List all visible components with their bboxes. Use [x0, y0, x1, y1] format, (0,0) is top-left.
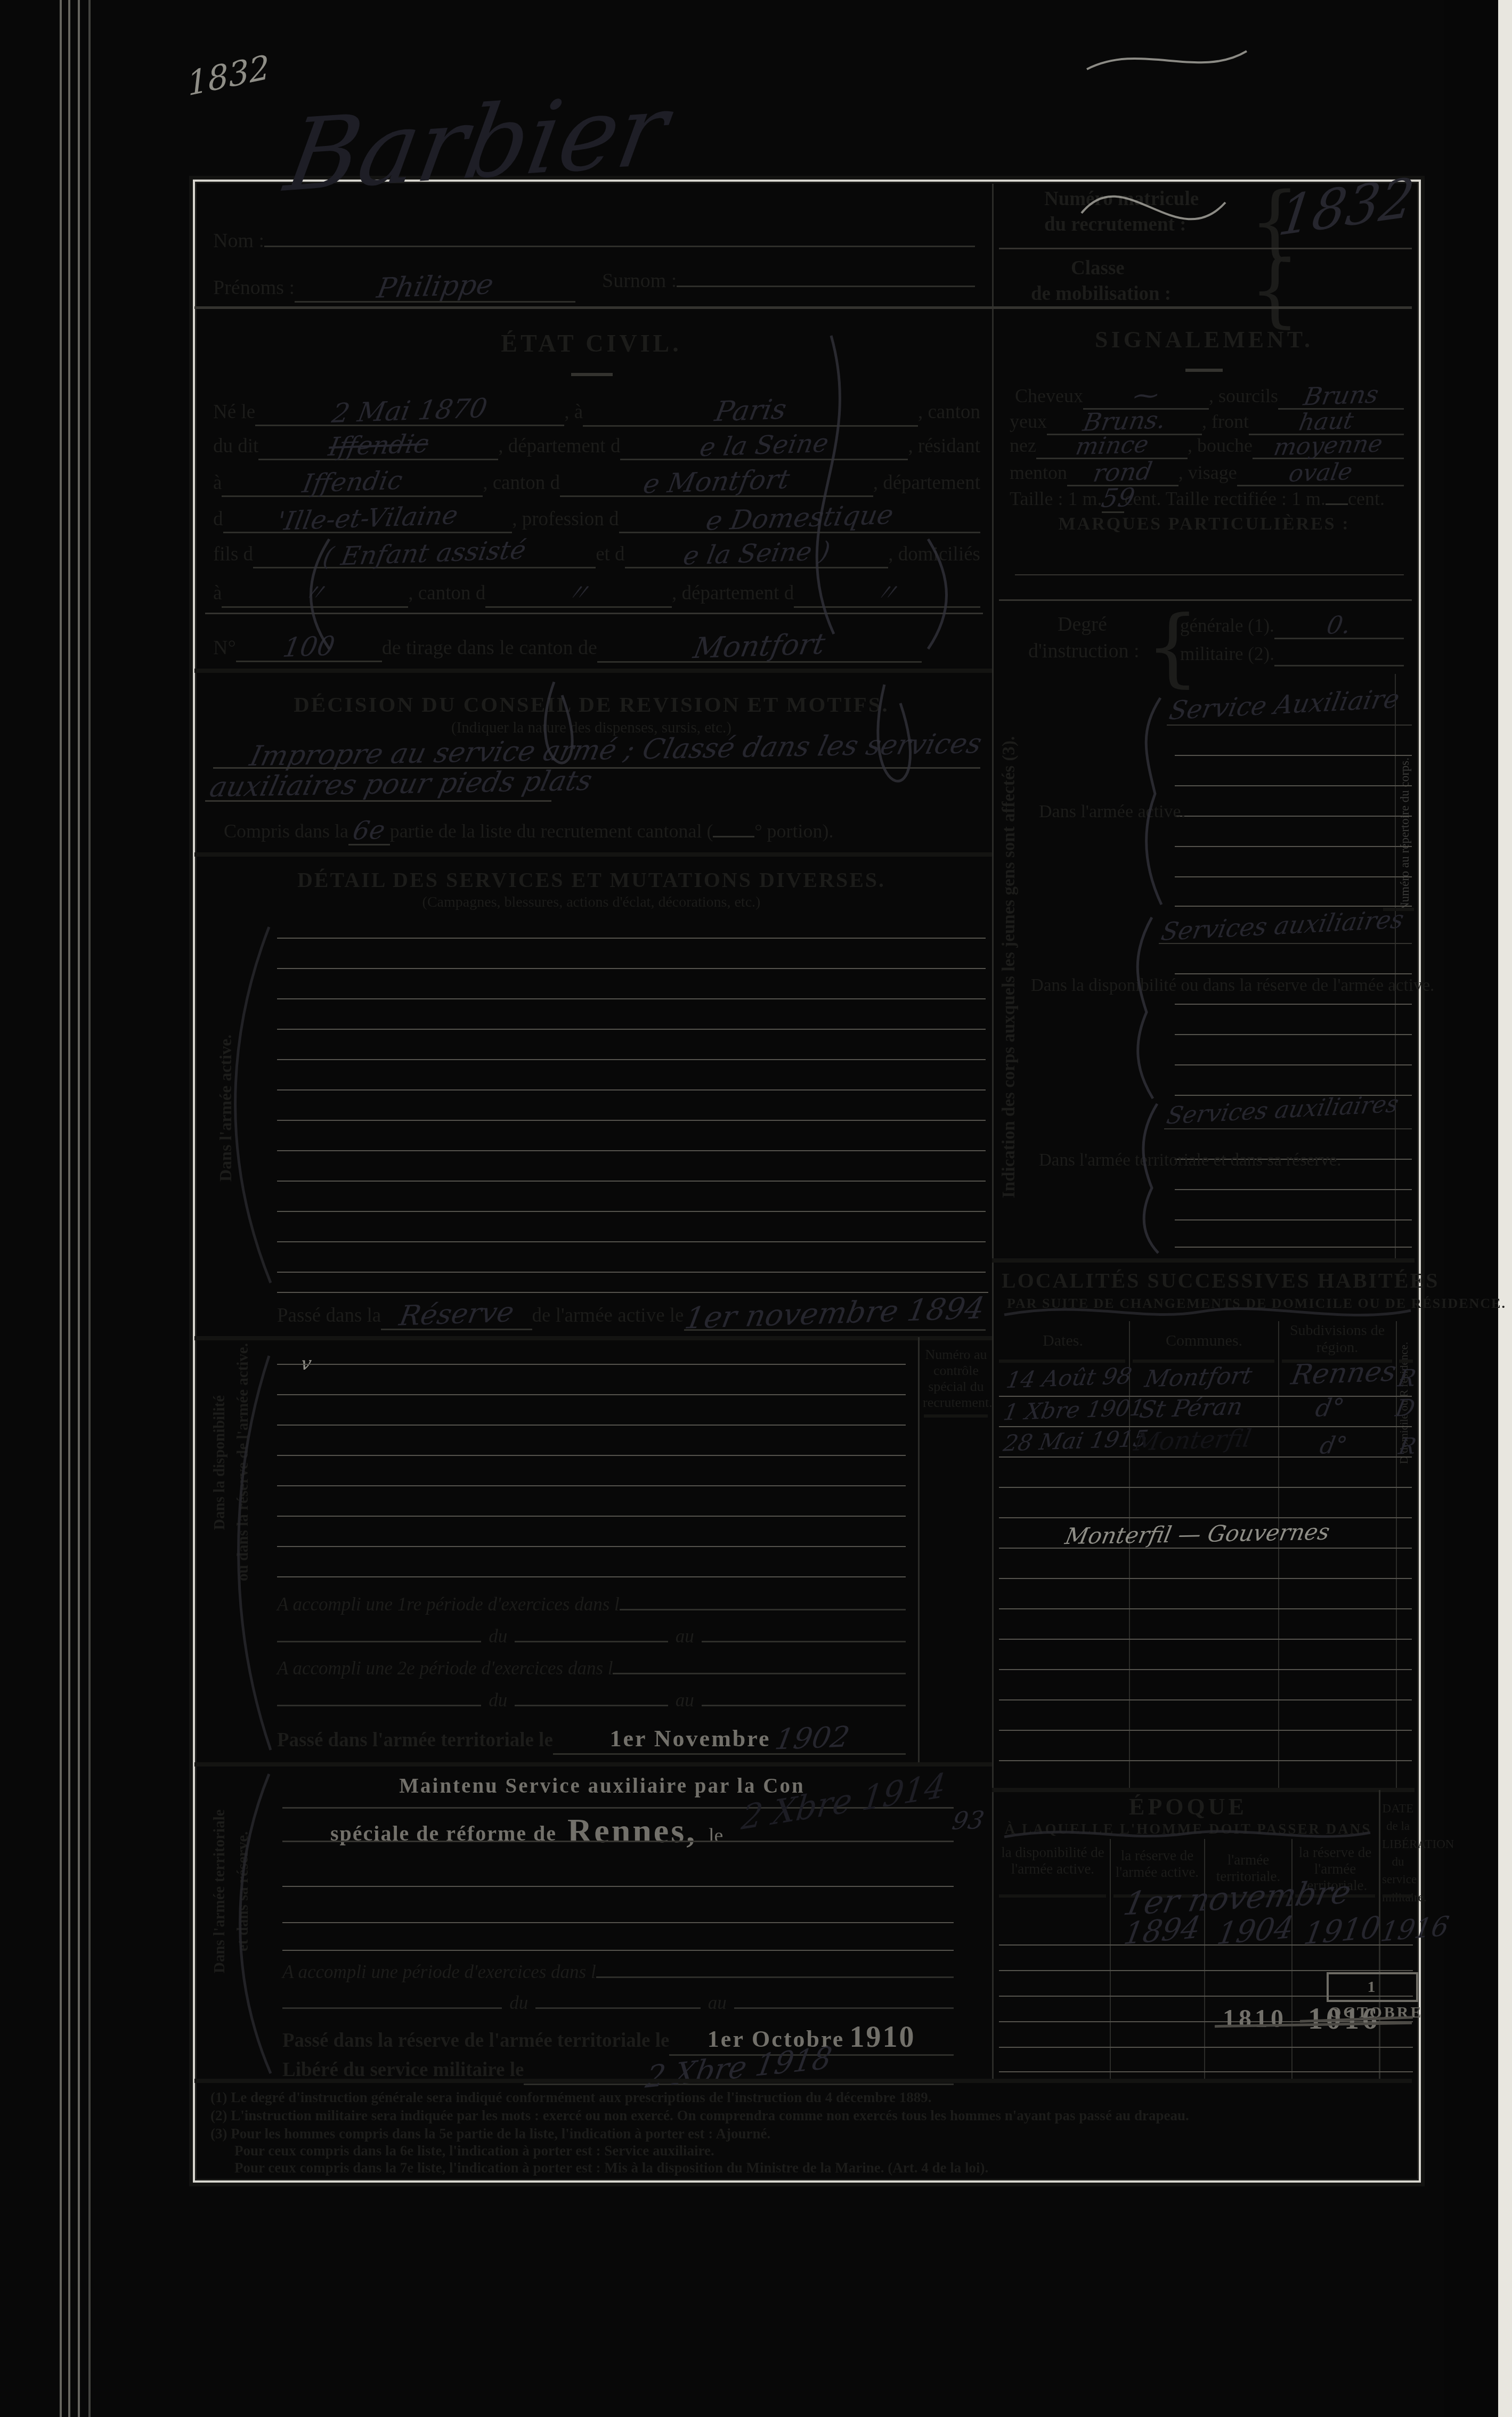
generale-value: 0. [1325, 610, 1354, 639]
rule [992, 1788, 1415, 1792]
passe-territoriale-row: Passé dans l'armée territoriale le 1er N… [277, 1720, 906, 1755]
rule [1159, 943, 1412, 944]
parents-row: fils d ( Enfant assisté et d e la Seine … [213, 537, 980, 568]
residant-label: , résidant [908, 435, 980, 458]
tirage-numero: 100 [280, 630, 337, 663]
passe-reserve-label1: Passé dans la [277, 1304, 381, 1327]
canton-label: , canton [918, 401, 980, 424]
rule [999, 1487, 1412, 1488]
rule [277, 968, 986, 969]
rule [205, 800, 551, 802]
compris-partie: 6e [351, 815, 387, 846]
rule [1015, 574, 1404, 575]
taille-rectifiee-label: cent. Taille rectifiée : 1 m. [1124, 487, 1326, 510]
au-label: au [668, 1690, 702, 1711]
canton-residence: e Montfort [641, 463, 792, 499]
ne-le-label: Né le [213, 401, 255, 424]
menton-label: menton [1010, 461, 1067, 484]
rule [1175, 1219, 1412, 1220]
footnote-4: Pour ceux compris dans la 6e liste, l'in… [234, 2143, 714, 2159]
nez-label: nez [1010, 434, 1036, 457]
yeux-label: yeux [1010, 410, 1047, 433]
rule [1175, 876, 1412, 877]
rule [1175, 816, 1412, 817]
rule [282, 1841, 954, 1842]
rule [277, 1516, 906, 1517]
localites-subtitle: PAR SUITE DE CHANGEMENTS DE DOMICILE OU … [1007, 1296, 1401, 1312]
page-stack-edge [88, 0, 91, 2417]
rule [277, 1029, 986, 1030]
bouche-label: , bouche [1188, 434, 1253, 457]
rule [999, 248, 1412, 249]
line [277, 1641, 481, 1642]
nom-label: Nom : [213, 229, 264, 253]
adjacent-page-sliver [1498, 0, 1512, 2417]
rule [1175, 973, 1412, 974]
rule [277, 1150, 986, 1151]
epoque-divider1 [1110, 1839, 1111, 2079]
disponibilite-side-label2: ou dans la réserve de l'armée active. [234, 1340, 252, 1585]
footnote-3: (3) Pour les hommes compris dans la 5e p… [210, 2126, 770, 2142]
residence-row: à Iffendic , canton d e Montfort , dépar… [213, 465, 980, 497]
rule [194, 2079, 1412, 2083]
localites-row-date: 14 Août 98 [1004, 1363, 1134, 1393]
compris-label3: ° portion). [754, 820, 833, 842]
epoque-val4: 1910 [1301, 1910, 1383, 1952]
marge-note: 93 [950, 1805, 987, 1835]
accompli2-row: A accompli une 2e période d'exercices da… [277, 1658, 906, 1679]
canton-d2-label: , canton d [408, 582, 485, 605]
tirage-texte: de tirage dans le canton de [382, 636, 597, 660]
reforme-ville-stamp: Rennes, [567, 1811, 697, 1851]
stamp-raye1: 1810 [1223, 2004, 1287, 2033]
rule [1383, 1894, 1413, 1898]
rule [992, 1258, 1415, 1263]
rule [999, 1669, 1412, 1670]
au-label: au [701, 1992, 734, 2014]
rule [999, 2071, 1413, 2072]
surnom-line [677, 286, 975, 287]
line [734, 2007, 954, 2009]
date-naissance: 2 Mai 1870 [330, 393, 490, 429]
accompli1-row: A accompli une 1re période d'exercices d… [277, 1594, 906, 1615]
departement-d2-label: , département d [672, 582, 794, 605]
accompli2-dates-row: du au [277, 1690, 906, 1711]
rule [213, 767, 980, 769]
surnom-label: Surnom : [602, 269, 677, 292]
signalement-title: SIGNALEMENT. [1060, 326, 1348, 353]
passe-territoriale-label: Passé dans l'armée territoriale le [277, 1729, 553, 1752]
marques-label: MARQUES PARTICULIÈRES : [1039, 514, 1369, 534]
taille-label: Taille : 1 m. [1010, 487, 1102, 510]
ditto2: 〃 [564, 573, 594, 608]
localites-pencil-note: Monterfil — Gouvernes [1063, 1519, 1332, 1550]
rule [1175, 755, 1412, 756]
accompli1-label: A accompli une 1re période d'exercices d… [277, 1594, 620, 1615]
rule [924, 1414, 988, 1418]
domicile-row: à 〃 , canton d 〃 , département d 〃 [213, 572, 980, 608]
corps-side-label: Indication des corps auxquels les jeunes… [999, 679, 1019, 1255]
mere-value: e la Seine ) [681, 536, 833, 571]
rule [999, 1730, 1412, 1731]
rule [277, 1089, 986, 1091]
localites-row-commune: St Péran [1137, 1393, 1245, 1424]
localites-row-date: 1 Xbre 1901 [1002, 1394, 1147, 1425]
localites-col-communes: Communes. [1132, 1332, 1276, 1350]
rule [571, 373, 613, 376]
rule [1175, 785, 1412, 786]
rule [282, 1886, 954, 1887]
rule [1175, 1034, 1412, 1035]
compris-label2: partie de la liste du recrutement canton… [390, 820, 713, 842]
epoque-val-date: 1916 [1378, 1910, 1451, 1948]
localites-title: LOCALITÉS SUCCESSIVES HABITÉES [1002, 1268, 1407, 1293]
territoriale-accompli-row: A accompli une période d'exercices dans … [282, 1962, 954, 1983]
canton-d-label: , canton d [483, 471, 560, 494]
rule [1167, 725, 1412, 726]
line [515, 1641, 668, 1642]
passe-territoriale-stamp: 1er Novembre [610, 1726, 771, 1752]
taille-value: 59 [1099, 483, 1137, 514]
rule [999, 1894, 1106, 1898]
rule [277, 1546, 906, 1547]
main-divider [992, 184, 994, 2079]
corps-group1-label: Dans l'armée active. [1039, 802, 1169, 822]
tirage-row: N° 100 de tirage dans le canton de Montf… [213, 628, 922, 663]
fils-label: fils d [213, 543, 253, 566]
departement-label: , département d [498, 435, 620, 458]
localites-col-dates: Dates. [999, 1332, 1127, 1350]
instruction-militaire-row: militaire (2). [1180, 644, 1404, 666]
rule [277, 1576, 906, 1577]
territoriale-side-label2: et dans sa réserve. [234, 1790, 252, 1992]
rule [277, 1241, 986, 1242]
departement2-label: , département [873, 471, 980, 494]
du-label: du [481, 1690, 515, 1711]
territoriale-dates-row: du au [282, 1992, 954, 2014]
epoque-val3: 1904 [1214, 1910, 1296, 1952]
repertoire-label: Numéro au répertoire du corps. [1398, 687, 1412, 911]
surnom-row: Surnom : [602, 269, 975, 292]
localites-col-subdivisions: Subdivisions de région. [1284, 1322, 1391, 1356]
line [702, 1705, 906, 1706]
rule [999, 1360, 1125, 1363]
territoriale-accompli-label: A accompli une période d'exercices dans … [282, 1962, 596, 1983]
rule [194, 1336, 992, 1340]
dept-residence: 'Ille-et-Vilaine [275, 500, 460, 536]
compris-row: Compris dans la 6e partie de la liste du… [224, 814, 916, 845]
rule [277, 1425, 906, 1426]
pere-value: ( Enfant assisté [321, 535, 529, 572]
portion-line [713, 836, 754, 837]
front-label: , front [1202, 410, 1249, 433]
accompli1-line [620, 1609, 906, 1610]
services-side-label: Dans l'armée active. [216, 954, 235, 1263]
passe-reserve-label2: de l'armée active le [532, 1304, 684, 1327]
lieu-naissance: Paris [712, 394, 788, 428]
accompli1-dates-row: du au [277, 1626, 906, 1647]
epoque-title: ÉPOQUE [1060, 1793, 1316, 1820]
rule [1164, 1128, 1412, 1129]
rule [194, 1762, 992, 1767]
localites-row-subdivision: Rennes [1289, 1356, 1399, 1391]
cent-label: cent. [1348, 487, 1385, 510]
taille-rectifiee-line [1326, 503, 1348, 505]
tirage-canton: Montfort [691, 627, 828, 665]
matricule-label2: du recrutement : [1044, 213, 1186, 236]
territoriale-side-label1: Dans l'armée territoriale [211, 1774, 229, 2008]
rule [282, 1950, 954, 1951]
canton-raye: Iffendic [326, 429, 430, 462]
rule [277, 1485, 906, 1486]
rule [277, 1364, 906, 1365]
octobre-stamp-box: 1 OCTOBRE [1327, 1972, 1418, 2002]
epoque-divider2 [1204, 1839, 1205, 2079]
rule [277, 1211, 986, 1212]
ditto3: 〃 [872, 573, 902, 608]
services-title: DÉTAIL DES SERVICES ET MUTATIONS DIVERSE… [277, 867, 906, 892]
rule [277, 1181, 986, 1182]
accompli2-line [613, 1673, 906, 1674]
services-subtitle: (Campagnes, blessures, actions d'éclat, … [320, 894, 863, 911]
accompli2-label: A accompli une 2e période d'exercices da… [277, 1658, 613, 1679]
matricule-label: Numéro matricule [1044, 188, 1199, 210]
line [702, 1641, 906, 1642]
libere-label: Libéré du service militaire le [282, 2058, 524, 2081]
rule [277, 1272, 986, 1273]
footnote-5: Pour ceux compris dans la 7e liste, l'in… [234, 2160, 988, 2176]
a-label: , à [564, 401, 583, 424]
rule [282, 1922, 954, 1923]
page-stack-edge [60, 0, 62, 2417]
profession-label: , profession d [512, 508, 619, 531]
epoque-col-date: DATE de la LIBÉRATION du service militai… [1382, 1800, 1414, 1906]
visage-label: , visage [1178, 461, 1237, 484]
militaire-label: militaire (2). [1180, 644, 1274, 665]
rule [999, 2047, 1413, 2048]
passe-reserve-hw2: 1er novembre 1894 [682, 1291, 987, 1336]
rule [277, 938, 986, 939]
line [515, 1705, 668, 1706]
a3-label: à [213, 582, 222, 605]
epoque-col1: la disponibilité de l'armée active. [999, 1844, 1106, 1877]
localites-row-commune: Monterfil [1132, 1423, 1254, 1456]
localites-row-date: 28 Mai 1915 [1002, 1425, 1150, 1456]
rule [205, 613, 983, 614]
corps-group2-label: Dans la disponibilité ou dans la réserve… [1031, 976, 1169, 996]
rule [999, 1548, 1412, 1549]
rule [999, 1578, 1412, 1579]
rule [999, 1608, 1412, 1609]
corps-group3-label: Dans l'armée territoriale et dans sa rés… [1039, 1151, 1169, 1170]
rule [277, 1292, 988, 1293]
passe-reserve-row: Passé dans la Réserve de l'armée active … [277, 1295, 986, 1331]
rule [277, 998, 986, 999]
generale-label: générale (1). [1180, 615, 1274, 637]
line [277, 1705, 481, 1706]
footnote-1: (1) Le degré d'instruction générale sera… [210, 2089, 931, 2106]
nez-row: nez mince , bouche moyenne [1010, 430, 1404, 459]
decision-ligne2: auxiliaires pour pieds plats [207, 765, 595, 804]
du-label: du [481, 1626, 515, 1647]
au-label: au [668, 1626, 702, 1647]
rule [277, 1394, 906, 1395]
dept-naissance: e la Seine [697, 428, 831, 462]
degre-label: Degré [1058, 613, 1107, 636]
rule [194, 852, 992, 857]
le-label: le [709, 1824, 723, 1848]
du-label: du [502, 1992, 535, 2014]
rule [1185, 369, 1223, 372]
rule [1175, 1247, 1412, 1248]
localites-divider1 [1129, 1321, 1130, 1789]
degre-label2: d'instruction : [1028, 639, 1139, 663]
nom-line [264, 246, 975, 247]
rule [999, 1456, 1412, 1458]
rule [1399, 1360, 1413, 1363]
localites-row-commune: Montfort [1143, 1362, 1254, 1393]
rule [999, 1760, 1412, 1761]
cheveux-label: Cheveux [1015, 385, 1083, 407]
a2-label: à [213, 471, 222, 494]
instruction-generale-row: générale (1). 0. [1180, 609, 1404, 639]
epoque-divider3 [1291, 1839, 1292, 2079]
disponibilite-side-label1: Dans la disponibilité [211, 1356, 229, 1569]
d-label: d [213, 508, 223, 531]
rule [999, 1517, 1412, 1518]
classe-label: Classe [1071, 257, 1125, 280]
rule [194, 669, 992, 673]
residence-value: Iffendic [300, 466, 404, 499]
rule [1175, 1004, 1412, 1005]
naissance-row: Né le 2 Mai 1870 , à Paris , canton [213, 393, 980, 427]
prenoms-label: Prénoms : [213, 276, 295, 299]
classe-label2: de mobilisation : [1031, 282, 1171, 305]
passe-territoriale-annee: 1902 [773, 1720, 852, 1756]
rule [999, 1699, 1412, 1700]
prenoms-row: Prénoms : Philippe [213, 269, 575, 303]
decision-title: DÉCISION DU CONSEIL DE REVISION ET MOTIF… [266, 691, 916, 717]
footnote-2: (2) L'instruction militaire sera indiqué… [210, 2107, 1189, 2124]
canton-naissance-row: du dit Iffendic , département d e la Sei… [213, 429, 980, 460]
controle-label: Numéro au contrôle spécial du recrutemen… [923, 1347, 989, 1411]
epoque-col2: la réserve de l'armée active. [1115, 1848, 1200, 1881]
rule [999, 1970, 1413, 1971]
epoque-val2: 1894 [1121, 1910, 1203, 1952]
rule [999, 1639, 1412, 1640]
nom-row: Nom : [213, 229, 975, 253]
rule [194, 306, 1412, 309]
numero-label: N° [213, 636, 236, 660]
line [535, 2007, 700, 2009]
localites-row-subdivision: d° [1318, 1431, 1350, 1460]
localites-divider2 [1278, 1321, 1279, 1789]
classe-brace: { [1249, 244, 1300, 337]
rule [277, 1059, 986, 1060]
line [596, 1976, 954, 1978]
etat-civil-title: ÉTAT CIVIL. [453, 329, 730, 357]
prenom-value: Philippe [375, 268, 496, 304]
page-stack-edge [68, 0, 70, 2417]
domicilies-label: , domiciliés [888, 543, 980, 566]
compris-label1: Compris dans la [224, 820, 348, 842]
profession-row: d 'Ille-et-Vilaine , profession d e Dome… [213, 501, 980, 533]
controle-divider [918, 1337, 920, 1762]
localites-row-subdivision: d° [1313, 1393, 1346, 1422]
rule [999, 599, 1412, 601]
line [282, 2007, 502, 2009]
sourcils-label: , sourcils [1209, 385, 1278, 407]
rule [1175, 1064, 1412, 1065]
rule [1175, 1189, 1412, 1190]
et-de-label: et d [596, 543, 624, 566]
epoque-subtitle: À LAQUELLE L'HOMME DOIT PASSER DANS [1002, 1821, 1375, 1837]
rule [277, 1455, 906, 1456]
taille-row: Taille : 1 m. 59 cent. Taille rectifiée … [1010, 482, 1404, 513]
ditto1: 〃 [300, 573, 330, 608]
passe-reserve-hw1: Réserve [397, 1296, 517, 1332]
page-stack-edge [78, 0, 80, 2417]
scanned-register-page: 1832 Barbier Nom : Prénoms : Philippe Su… [0, 0, 1512, 2417]
rule [1175, 846, 1412, 847]
du-dit-label: du dit [213, 435, 258, 458]
repertoire-divider [1395, 674, 1396, 1259]
rule [999, 1944, 1413, 1946]
rule [277, 1120, 986, 1121]
profession-value: e Domestique [703, 499, 896, 536]
